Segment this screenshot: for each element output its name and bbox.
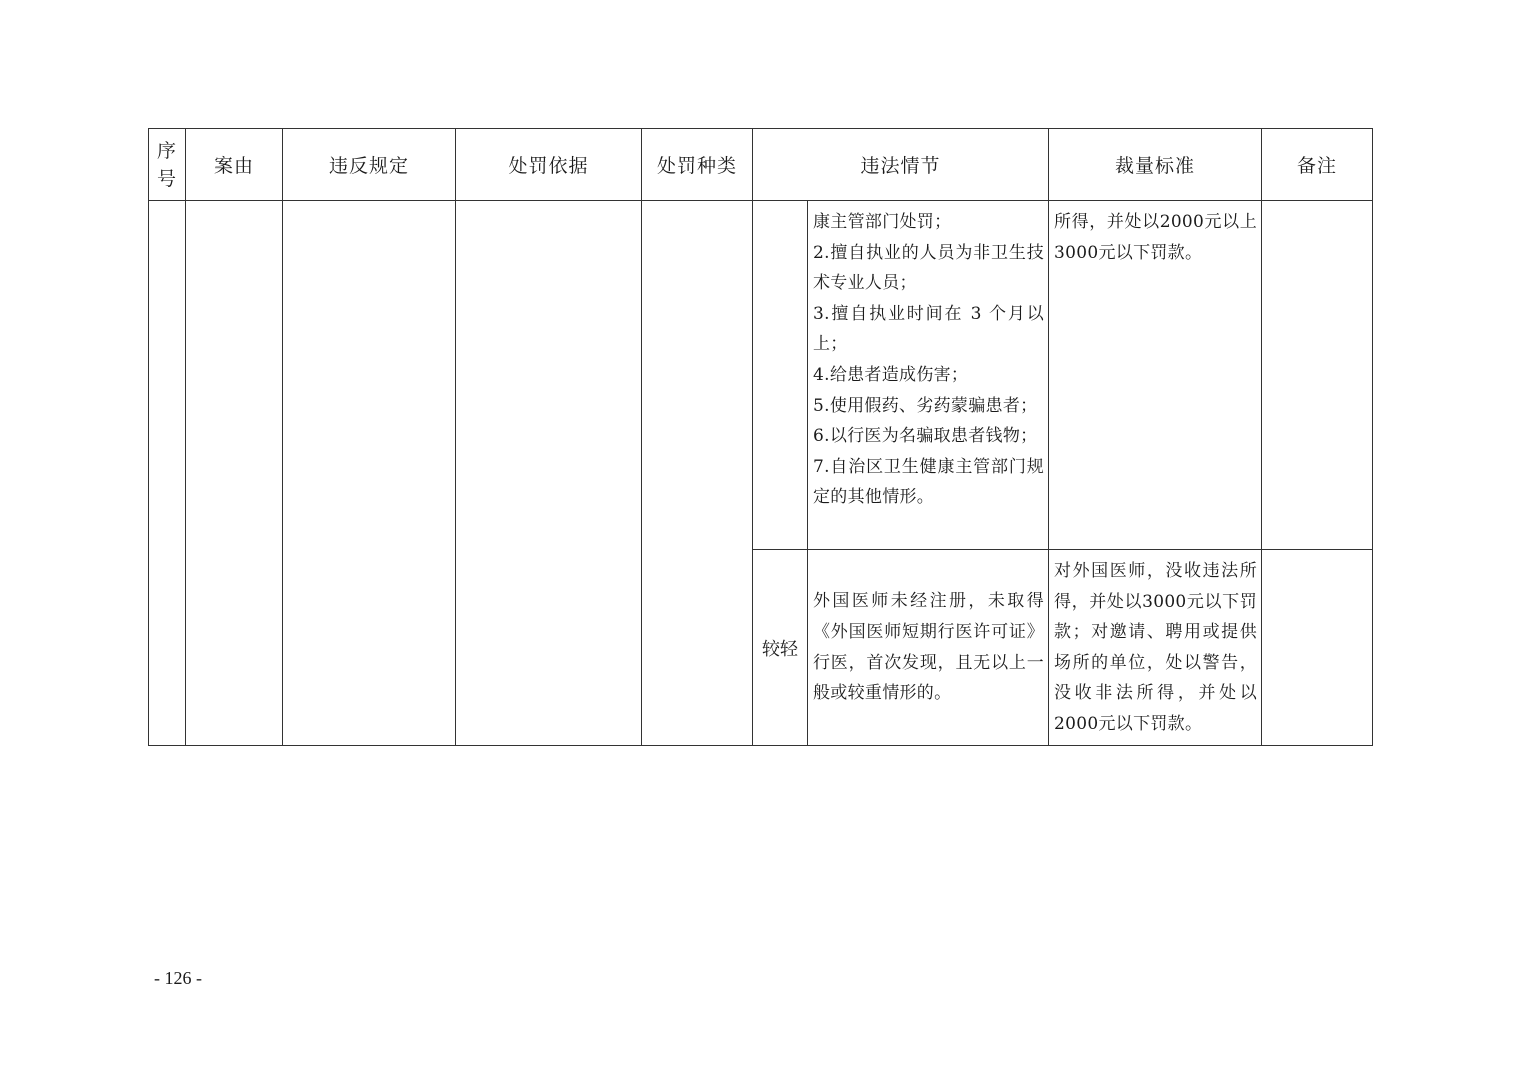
header-seq: 序 号 <box>149 129 186 201</box>
cell-case <box>186 201 283 746</box>
page-number: - 126 - <box>154 968 202 989</box>
cell-circumstances: 外国医师未经注册，未取得《外国医师短期行医许可证》行医，首次发现，且无以上一般或… <box>808 550 1049 746</box>
cell-penalty-basis <box>456 201 642 746</box>
standard-text: 对外国医师，没收违法所得，并处以3000元以下罚款；对邀请、聘用或提供场所的单位… <box>1049 550 1261 740</box>
header-violated-rule: 违反规定 <box>283 129 456 201</box>
cell-seq <box>149 201 186 746</box>
header-remarks: 备注 <box>1262 129 1373 201</box>
circumstances-text: 外国医师未经注册，未取得《外国医师短期行医许可证》行医，首次发现，且无以上一般或… <box>808 586 1048 708</box>
cell-severity-level: 较轻 <box>753 550 808 746</box>
header-penalty-basis: 处罚依据 <box>456 129 642 201</box>
cell-standard: 对外国医师，没收违法所得，并处以3000元以下罚款；对邀请、聘用或提供场所的单位… <box>1049 550 1262 746</box>
header-penalty-type: 处罚种类 <box>642 129 753 201</box>
table-row: 康主管部门处罚； 2.擅自执业的人员为非卫生技术专业人员； 3.擅自执业时间在 … <box>149 201 1373 550</box>
cell-penalty-type <box>642 201 753 746</box>
circumstances-text: 康主管部门处罚； 2.擅自执业的人员为非卫生技术专业人员； 3.擅自执业时间在 … <box>808 201 1048 513</box>
cell-circumstances: 康主管部门处罚； 2.擅自执业的人员为非卫生技术专业人员； 3.擅自执业时间在 … <box>808 201 1049 550</box>
header-circumstances: 违法情节 <box>753 129 1049 201</box>
cell-severity-level <box>753 201 808 550</box>
cell-remarks <box>1262 550 1373 746</box>
cell-remarks <box>1262 201 1373 550</box>
cell-standard: 所得，并处以2000元以上3000元以下罚款。 <box>1049 201 1262 550</box>
header-standard: 裁量标准 <box>1049 129 1262 201</box>
penalty-discretion-table: 序 号 案由 违反规定 处罚依据 处罚种类 违法情节 裁量标准 备注 康主管部门… <box>148 128 1373 746</box>
standard-text: 所得，并处以2000元以上3000元以下罚款。 <box>1049 201 1261 268</box>
cell-violated-rule <box>283 201 456 746</box>
table-header-row: 序 号 案由 违反规定 处罚依据 处罚种类 违法情节 裁量标准 备注 <box>149 129 1373 201</box>
header-case: 案由 <box>186 129 283 201</box>
